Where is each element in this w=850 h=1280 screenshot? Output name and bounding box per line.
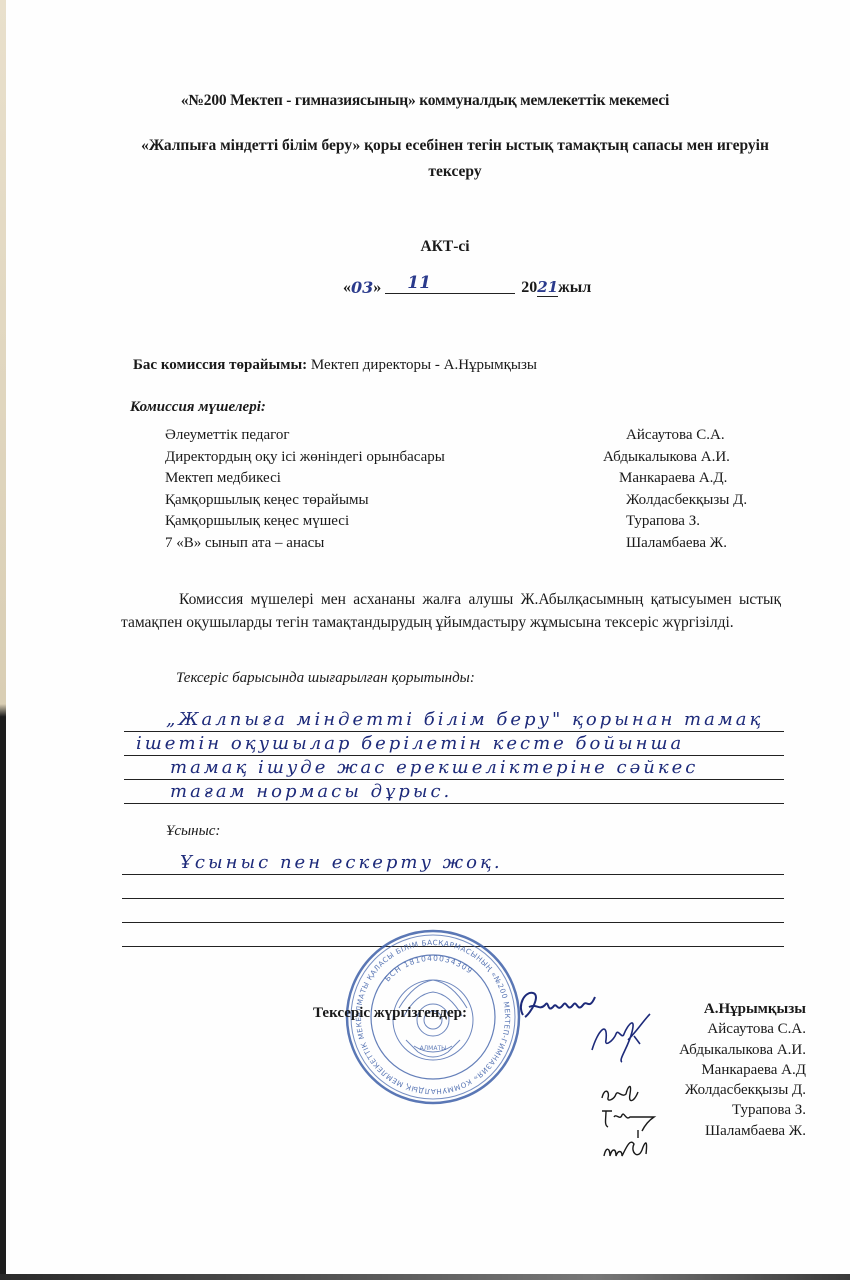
conclusion-line: „Жалпыға міндетті білім беру" қорынан та… (124, 708, 784, 732)
chair-value: Мектеп директоры - А.Нұрымқызы (311, 357, 537, 373)
date-month-handwritten: 11 (407, 273, 431, 293)
document-subtitle: «Жалпыға міндетті білім беру» қоры есебі… (130, 133, 780, 185)
handwritten-text: „Жалпыға міндетті білім беру" қорынан та… (166, 709, 763, 730)
act-title: АКТ-сі (0, 238, 850, 256)
conclusion-line: ішетін оқушылар берілетін кесте бойынша (124, 732, 784, 756)
signatory-name: Жолдасбекқызы Д. (580, 1080, 806, 1100)
member-names-list: Айсаутова С.А. Абдыкалыкова А.И. Манкара… (595, 425, 747, 554)
date-year-handwritten: 21 (537, 278, 558, 297)
handwritten-text: Ұсыныс пен ескерту жоқ. (180, 852, 503, 873)
conclusion-line: тамақ ішуде жас ерекшеліктеріне сәйкес (124, 756, 784, 780)
member-role: Қамқоршылық кеңес төрайымы (165, 490, 445, 512)
inspection-paragraph: Комиссия мүшелері мен асхананы жалға алу… (121, 589, 781, 634)
signatory-name: Турапова З. (580, 1100, 806, 1120)
member-roles-list: Әлеуметтік педагог Директордың оқу ісі ж… (165, 425, 445, 554)
signatory-name: Айсаутова С.А. (580, 1019, 806, 1039)
conclusion-lines: „Жалпыға міндетті білім беру" қорынан та… (124, 708, 784, 804)
svg-text:БСН 181040034309: БСН 181040034309 (383, 954, 475, 984)
member-name: Турапова З. (595, 511, 747, 533)
handwritten-text: тамақ ішуде жас ерекшеліктеріне сәйкес (170, 757, 698, 778)
signatory-name: Шаламбаева Ж. (580, 1121, 806, 1141)
date-open-quote: « (343, 279, 351, 297)
page-bottom-edge (0, 1274, 850, 1280)
member-name: Айсаутова С.А. (595, 425, 747, 447)
recommendation-line (122, 875, 784, 899)
recommendation-label: Ұсыныс: (166, 823, 220, 840)
member-role: Әлеуметтік педагог (165, 425, 445, 447)
date-year-prefix: 20 (521, 279, 537, 297)
member-role: Қамқоршылық кеңес мүшесі (165, 511, 445, 533)
organization-title: «№200 Мектеп - гимназиясының» коммуналды… (0, 92, 850, 110)
conclusion-line: тағам нормасы дұрыс. (124, 780, 784, 804)
chair-label: Бас комиссия төрайымы: (133, 357, 307, 373)
inspectors-label: Тексеріс жүргізгендер: (313, 1005, 467, 1022)
date-month-field: 11 (385, 275, 515, 294)
member-name: Абдыкалыкова А.И. (595, 447, 747, 469)
signatory-name: А.Нұрымқызы (580, 999, 806, 1019)
signatory-name: Абдыкалыкова А.И. (580, 1040, 806, 1060)
handwritten-text: тағам нормасы дұрыс. (170, 781, 452, 802)
date-day-handwritten: 03 (351, 278, 373, 297)
page-left-edge (0, 0, 6, 1280)
commission-chair: Бас комиссия төрайымы: Мектеп директоры … (133, 357, 537, 374)
signatories-list: А.Нұрымқызы Айсаутова С.А. Абдыкалыкова … (580, 999, 806, 1141)
member-role: Мектеп медбикесі (165, 468, 445, 490)
conclusion-label: Тексеріс барысында шығарылған қорытынды: (176, 670, 475, 687)
members-heading: Комиссия мүшелері: (130, 399, 266, 416)
act-date: « 03 » 11 20 21 жыл (343, 275, 591, 297)
member-role: 7 «В» сынып ата – анасы (165, 533, 445, 555)
member-role: Директордың оқу ісі жөніндегі орынбасары (165, 447, 445, 469)
recommendation-line (122, 899, 784, 923)
signatory-name: Манкараева А.Д (580, 1060, 806, 1080)
handwritten-text: ішетін оқушылар берілетін кесте бойынша (136, 733, 684, 754)
date-year-suffix: жыл (558, 279, 591, 297)
member-name: Жолдасбекқызы Д. (595, 490, 747, 512)
member-name: Шаламбаева Ж. (595, 533, 747, 555)
svg-text:АЛМАТЫ: АЛМАТЫ (420, 1045, 447, 1052)
date-close-quote: » (373, 279, 381, 297)
recommendation-line: Ұсыныс пен ескерту жоқ. (122, 851, 784, 875)
member-name: Манкараева А.Д. (595, 468, 747, 490)
